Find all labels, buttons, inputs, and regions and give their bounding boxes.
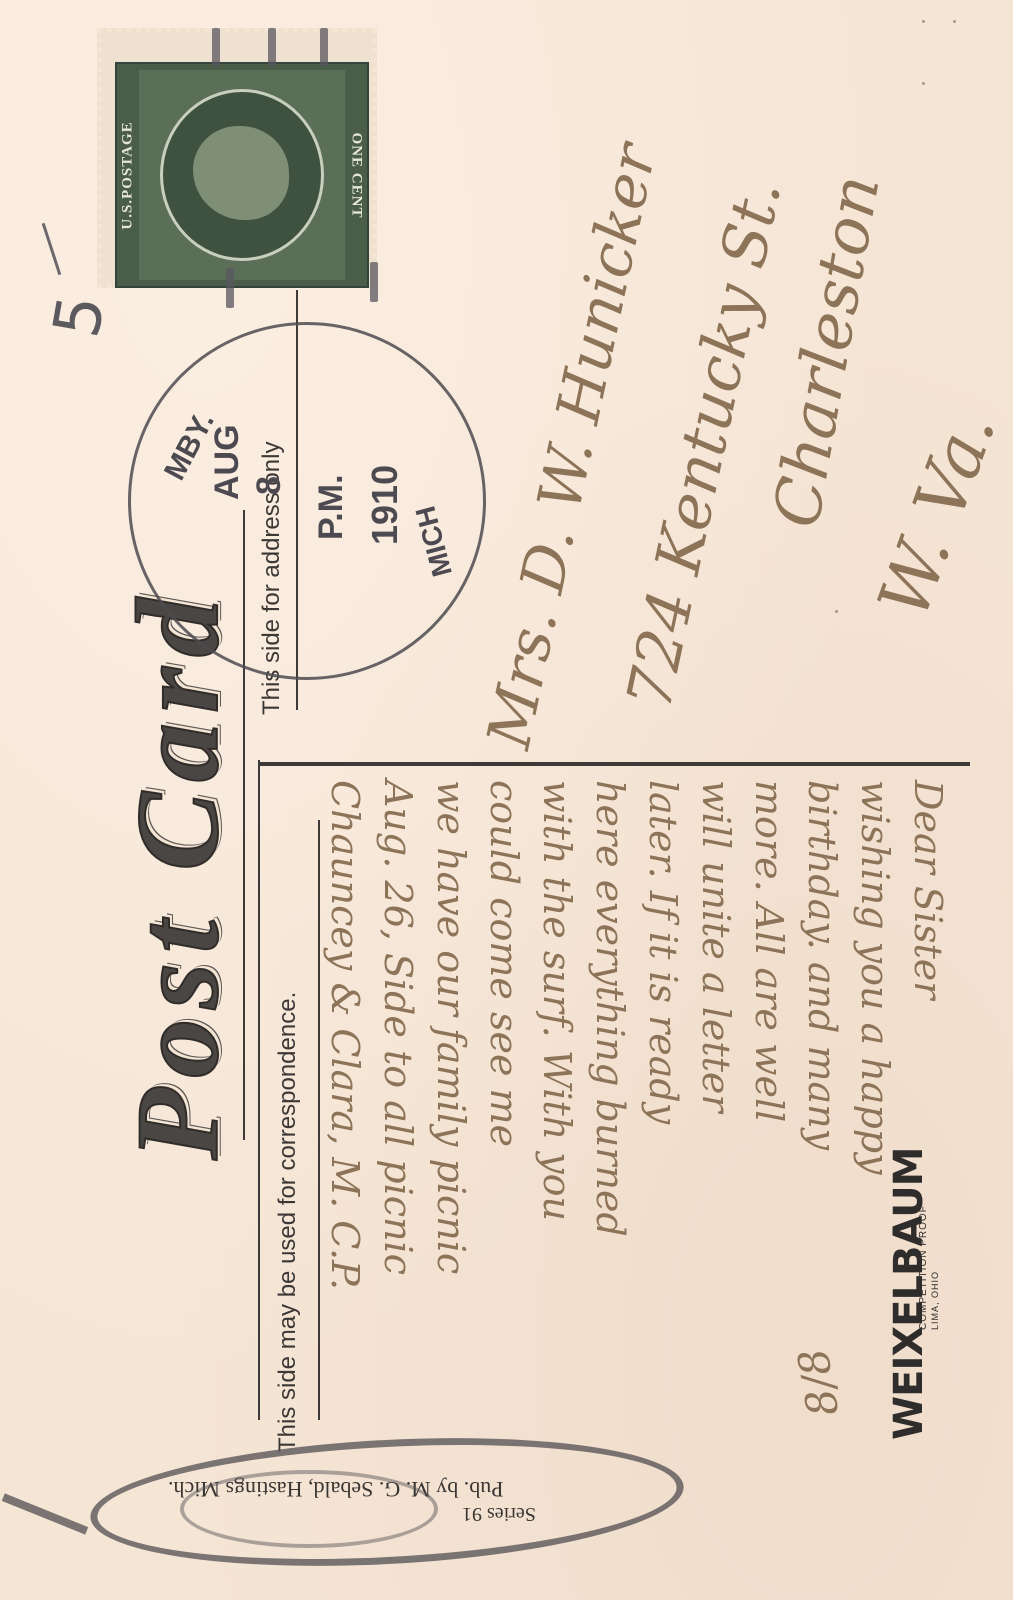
postmark-day: 8 xyxy=(250,476,289,495)
divider-left xyxy=(258,760,260,1420)
stamp-portrait-oval xyxy=(160,89,324,261)
postage-stamp: U.S.POSTAGE ONE CENT xyxy=(97,28,377,288)
stamp-left-label: U.S.POSTAGE xyxy=(117,64,139,286)
pencil-stroke xyxy=(42,223,62,275)
paper-speck xyxy=(922,20,925,23)
washington-portrait-icon xyxy=(193,126,289,220)
message-line: Dear Sister xyxy=(906,780,950,999)
postmark-time: P.M. xyxy=(312,474,351,540)
message-line: we have our family picnic xyxy=(429,780,473,1274)
postmark-circle xyxy=(128,322,486,680)
message-line: could come see me xyxy=(482,780,526,1147)
pencil-stroke xyxy=(2,1493,88,1534)
post-card-heading: Post Card xyxy=(110,588,246,1160)
divider-right xyxy=(318,820,320,1420)
center-divider xyxy=(260,762,970,766)
stamp-frame: U.S.POSTAGE ONE CENT xyxy=(115,62,369,288)
paper-speck xyxy=(953,20,956,23)
message-line: later. If it is ready xyxy=(641,780,685,1124)
stamp-vignette xyxy=(139,70,345,280)
cancel-bar xyxy=(212,28,220,66)
printer-logo-tagline: COMPETITION PROOF xyxy=(918,1205,929,1330)
message-line: with the surf. With you xyxy=(535,780,579,1221)
paper-speck xyxy=(922,82,925,85)
pencil-scribble-inner xyxy=(180,1470,438,1548)
cancel-bar xyxy=(268,28,276,66)
postcard-back: 5 U.S.POSTAGE ONE CENT Post Card This si… xyxy=(0,0,1013,1600)
printer-logo-location: LIMA, OHIO xyxy=(930,1271,940,1330)
correspondence-notice: This side may be used for correspondence… xyxy=(274,992,302,1452)
message-line: will unite a letter xyxy=(694,780,738,1113)
cancel-bar xyxy=(320,28,328,66)
cancel-bar xyxy=(226,268,234,308)
postmark-year: 1910 xyxy=(364,465,406,545)
message-line: wishing you a happy xyxy=(853,780,897,1175)
message-annotation: 8/8 xyxy=(788,1345,848,1420)
message-line: here everything burned xyxy=(588,780,632,1237)
pencil-number: 5 xyxy=(40,290,120,343)
postmark-month: AUG xyxy=(208,424,247,500)
cancel-bar xyxy=(370,262,378,302)
message-line: birthday. and many xyxy=(800,780,844,1150)
message-line: more. All are well xyxy=(747,780,791,1122)
message-line: Aug. 26, Side to all picnic xyxy=(376,780,420,1275)
stamp-right-label: ONE CENT xyxy=(345,64,367,286)
message-line: Chauncey & Clara, M. C.P. xyxy=(323,780,367,1290)
paper-speck xyxy=(835,610,838,613)
address-line-4: W. Va. xyxy=(862,400,1012,628)
